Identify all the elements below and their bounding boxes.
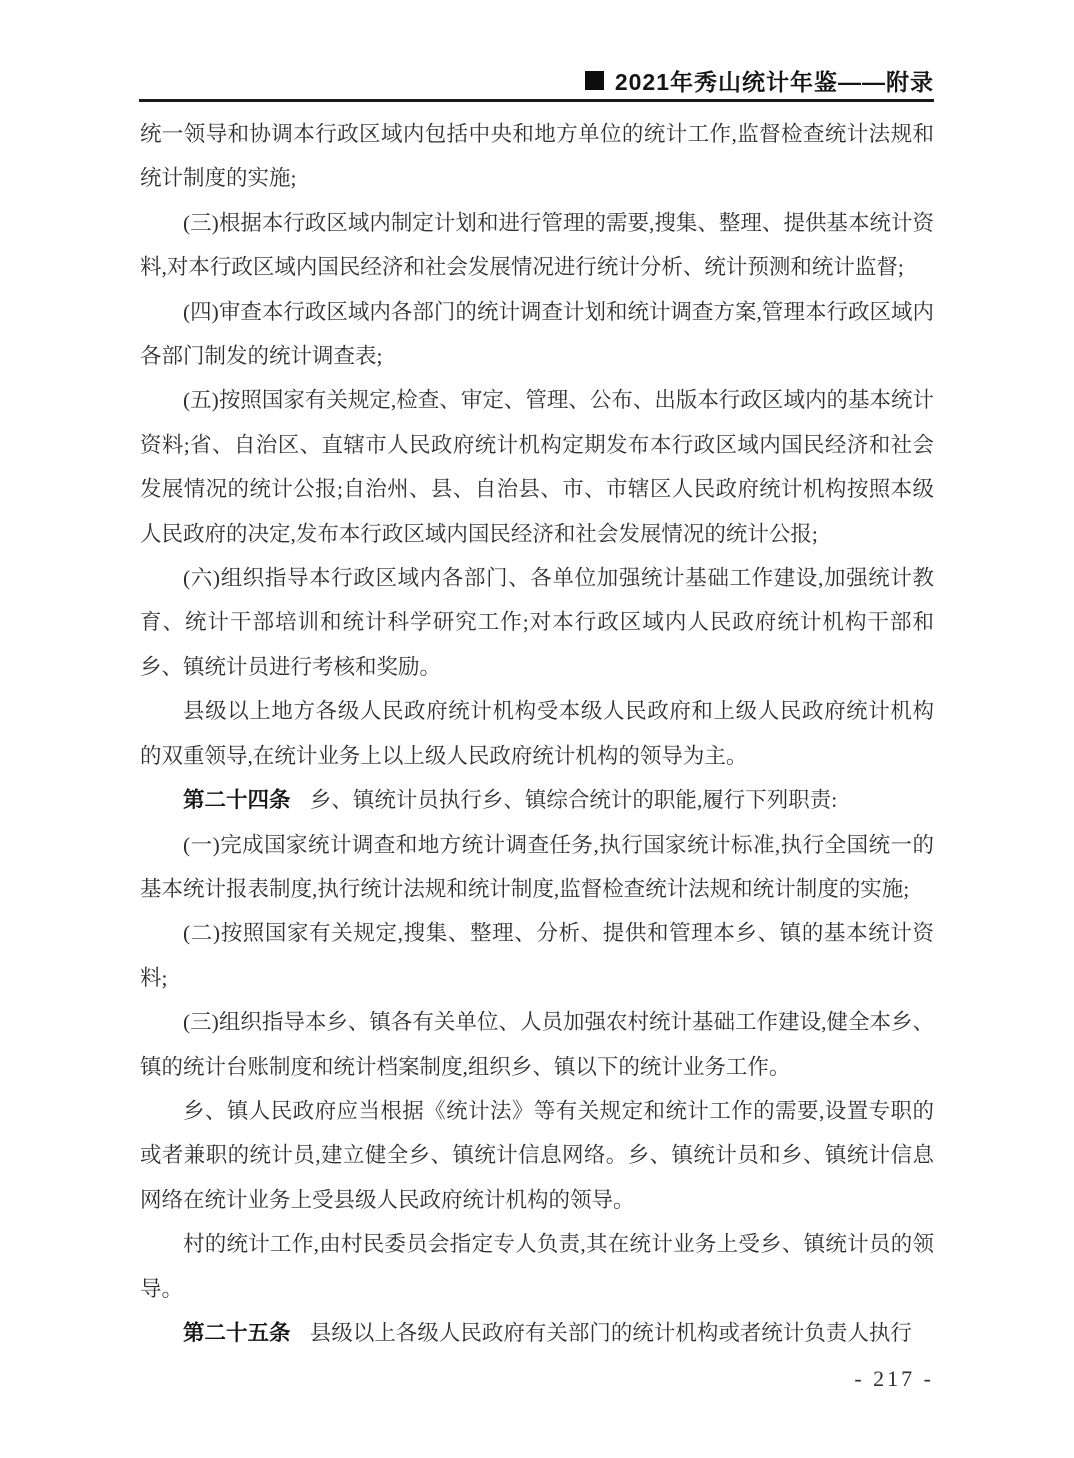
page-header-title: 2021年秀山统计年鉴——附录 xyxy=(615,64,934,97)
paragraph-text: (五)按照国家有关规定,检查、审定、管理、公布、出版本行政区域内的基本统计资料;… xyxy=(140,388,934,545)
paragraph: (三)组织指导本乡、镇各有关单位、人员加强农村统计基础工作建设,健全本乡、镇的统… xyxy=(140,1000,934,1089)
paragraph-text: 乡、镇人民政府应当根据《统计法》等有关规定和统计工作的需要,设置专职的或者兼职的… xyxy=(140,1099,934,1212)
header-divider xyxy=(139,99,934,102)
paragraph: 统一领导和协调本行政区域内包括中央和地方单位的统计工作,监督检查统计法规和统计制… xyxy=(140,112,934,201)
paragraph-article-25: 第二十五条县级以上各级人民政府有关部门的统计机构或者统计负责人执行 xyxy=(140,1311,934,1355)
paragraph-text: 村的统计工作,由村民委员会指定专人负责,其在统计业务上受乡、镇统计员的领导。 xyxy=(140,1232,934,1300)
paragraph: 乡、镇人民政府应当根据《统计法》等有关规定和统计工作的需要,设置专职的或者兼职的… xyxy=(140,1089,934,1222)
page-header: 2021年秀山统计年鉴——附录 xyxy=(139,64,934,102)
page-footer: - 217 - xyxy=(140,1366,934,1392)
black-square-icon xyxy=(585,71,604,90)
paragraph-text: 统一领导和协调本行政区域内包括中央和地方单位的统计工作,监督检查统计法规和统计制… xyxy=(140,122,934,190)
document-body: 统一领导和协调本行政区域内包括中央和地方单位的统计工作,监督检查统计法规和统计制… xyxy=(140,112,934,1355)
paragraph-text: 县级以上地方各级人民政府统计机构受本级人民政府和上级人民政府统计机构的双重领导,… xyxy=(140,699,934,767)
page-number: - 217 - xyxy=(854,1366,934,1391)
paragraph: 县级以上地方各级人民政府统计机构受本级人民政府和上级人民政府统计机构的双重领导,… xyxy=(140,689,934,778)
article-number-label: 第二十五条 xyxy=(183,1321,291,1345)
paragraph-article-24: 第二十四条乡、镇统计员执行乡、镇综合统计的职能,履行下列职责: xyxy=(140,778,934,822)
paragraph: (一)完成国家统计调查和地方统计调查任务,执行国家统计标准,执行全国统一的基本统… xyxy=(140,823,934,912)
paragraph: (四)审查本行政区域内各部门的统计调查计划和统计调查方案,管理本行政区域内各部门… xyxy=(140,290,934,379)
paragraph: (五)按照国家有关规定,检查、审定、管理、公布、出版本行政区域内的基本统计资料;… xyxy=(140,378,934,556)
paragraph: (二)按照国家有关规定,搜集、整理、分析、提供和管理本乡、镇的基本统计资料; xyxy=(140,911,934,1000)
paragraph-text: (四)审查本行政区域内各部门的统计调查计划和统计调查方案,管理本行政区域内各部门… xyxy=(140,300,934,368)
paragraph: (三)根据本行政区域内制定计划和进行管理的需要,搜集、整理、提供基本统计资料,对… xyxy=(140,201,934,290)
article-number-label: 第二十四条 xyxy=(183,788,291,812)
paragraph: 村的统计工作,由村民委员会指定专人负责,其在统计业务上受乡、镇统计员的领导。 xyxy=(140,1222,934,1311)
paragraph-text: 乡、镇统计员执行乡、镇综合统计的职能,履行下列职责: xyxy=(310,788,837,812)
paragraph-text: (一)完成国家统计调查和地方统计调查任务,执行国家统计标准,执行全国统一的基本统… xyxy=(140,833,934,901)
paragraph-text: (三)组织指导本乡、镇各有关单位、人员加强农村统计基础工作建设,健全本乡、镇的统… xyxy=(140,1010,934,1078)
paragraph-text: (六)组织指导本行政区域内各部门、各单位加强统计基础工作建设,加强统计教育、统计… xyxy=(140,566,934,679)
paragraph-text: (三)根据本行政区域内制定计划和进行管理的需要,搜集、整理、提供基本统计资料,对… xyxy=(140,211,934,279)
paragraph-text: (二)按照国家有关规定,搜集、整理、分析、提供和管理本乡、镇的基本统计资料; xyxy=(140,921,934,989)
document-page: 2021年秀山统计年鉴——附录 统一领导和协调本行政区域内包括中央和地方单位的统… xyxy=(0,0,1074,1458)
paragraph-text: 县级以上各级人民政府有关部门的统计机构或者统计负责人执行 xyxy=(310,1321,912,1345)
header-title-row: 2021年秀山统计年鉴——附录 xyxy=(139,64,934,96)
paragraph: (六)组织指导本行政区域内各部门、各单位加强统计基础工作建设,加强统计教育、统计… xyxy=(140,556,934,689)
